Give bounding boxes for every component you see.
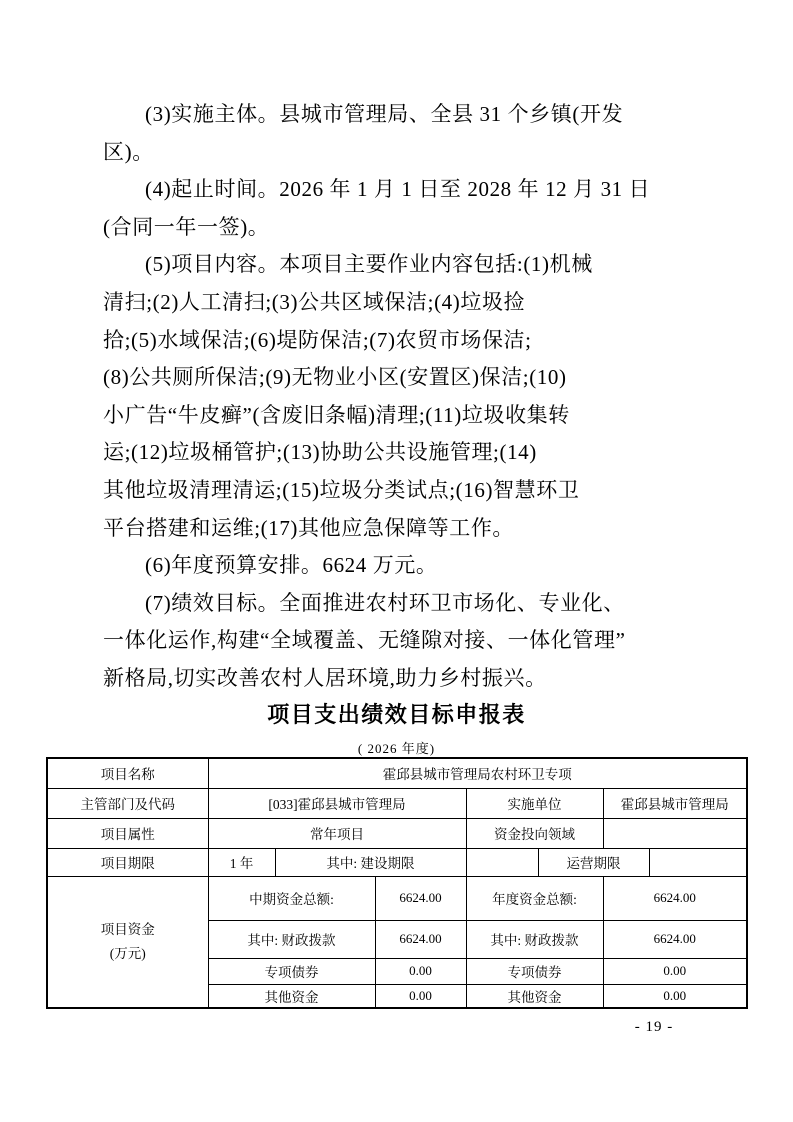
body-line: (3)实施主体。县城市管理局、全县 31 个乡镇(开发: [103, 96, 743, 134]
body-line: (8)公共厕所保洁;(9)无物业小区(安置区)保洁;(10): [103, 359, 743, 397]
report-table-year: ( 2026 年度): [0, 738, 793, 757]
project-funds-title: 项目资金: [48, 918, 208, 942]
body-line: (5)项目内容。本项目主要作业内容包括:(1)机械: [103, 246, 743, 284]
cell-construction-period-label: 其中: 建设期限: [275, 848, 466, 876]
cell-project-name-value: 霍邱县城市管理局农村环卫专项: [208, 758, 747, 788]
cell-impl-unit-value: 霍邱县城市管理局: [603, 788, 747, 818]
body-line: 一体化运作,构建“全域覆盖、无缝隙对接、一体化管理”: [103, 622, 743, 660]
page-number: - 19 -: [612, 1019, 696, 1036]
cell-duration-label: 项目期限: [47, 848, 208, 876]
body-line: 其他垃圾清理清运;(15)垃圾分类试点;(16)智慧环卫: [103, 472, 743, 510]
cell-fund-row-label: 专项债券: [208, 958, 375, 984]
cell-fund-row-value: 0.00: [603, 984, 747, 1008]
cell-fund-row-value: 0.00: [375, 984, 466, 1008]
cell-fund-direction-label: 资金投向领域: [466, 818, 603, 848]
cell-fund-row-label: 其他资金: [208, 984, 375, 1008]
cell-fund-row-label: 中期资金总额:: [208, 876, 375, 920]
table-row: 项目属性 常年项目 资金投向领域: [47, 818, 747, 848]
body-line: 拾;(5)水域保洁;(6)堤防保洁;(7)农贸市场保洁;: [103, 322, 743, 360]
cell-fund-row-value: 6624.00: [603, 876, 747, 920]
cell-fund-row-label: 专项债券: [466, 958, 603, 984]
cell-fund-row-value: 6624.00: [375, 876, 466, 920]
cell-duration-value: 1 年: [208, 848, 275, 876]
table-row: 主管部门及代码 [033]霍邱县城市管理局 实施单位 霍邱县城市管理局: [47, 788, 747, 818]
table-row: 项目名称 霍邱县城市管理局农村环卫专项: [47, 758, 747, 788]
performance-target-table: 项目名称 霍邱县城市管理局农村环卫专项 主管部门及代码 [033]霍邱县城市管理…: [46, 757, 748, 1009]
body-line: 清扫;(2)人工清扫;(3)公共区域保洁;(4)垃圾捡: [103, 284, 743, 322]
cell-attr-label: 项目属性: [47, 818, 208, 848]
body-line: (合同一年一签)。: [103, 209, 743, 247]
body-line: (4)起止时间。2026 年 1 月 1 日至 2028 年 12 月 31 日: [103, 171, 743, 209]
cell-fund-row-value: 0.00: [375, 958, 466, 984]
cell-dept-value: [033]霍邱县城市管理局: [208, 788, 466, 818]
table-row: 项目期限 1 年 其中: 建设期限 运营期限: [47, 848, 747, 876]
cell-operation-period-value: [649, 848, 747, 876]
table-row: 项目资金 (万元) 中期资金总额: 6624.00 年度资金总额: 6624.0…: [47, 876, 747, 920]
report-table-title: 项目支出绩效目标申报表: [0, 698, 793, 729]
cell-construction-period-value: [466, 848, 538, 876]
cell-fund-row-label: 其中: 财政拨款: [208, 920, 375, 958]
cell-project-funds-label: 项目资金 (万元): [47, 876, 208, 1008]
body-line: 运;(12)垃圾桶管护;(13)协助公共设施管理;(14): [103, 434, 743, 472]
cell-fund-row-value: 6624.00: [603, 920, 747, 958]
cell-dept-label: 主管部门及代码: [47, 788, 208, 818]
document-page: (3)实施主体。县城市管理局、全县 31 个乡镇(开发 区)。 (4)起止时间。…: [0, 0, 793, 1122]
cell-fund-row-label: 年度资金总额:: [466, 876, 603, 920]
body-text: (3)实施主体。县城市管理局、全县 31 个乡镇(开发 区)。 (4)起止时间。…: [103, 96, 743, 698]
cell-attr-value: 常年项目: [208, 818, 466, 848]
body-line: 新格局,切实改善农村人居环境,助力乡村振兴。: [103, 660, 743, 698]
cell-fund-direction-value: [603, 818, 747, 848]
cell-fund-row-value: 0.00: [603, 958, 747, 984]
cell-fund-row-label: 其他资金: [466, 984, 603, 1008]
cell-fund-row-label: 其中: 财政拨款: [466, 920, 603, 958]
body-line: 平台搭建和运维;(17)其他应急保障等工作。: [103, 510, 743, 548]
body-line: (7)绩效目标。全面推进农村环卫市场化、专业化、: [103, 585, 743, 623]
cell-impl-unit-label: 实施单位: [466, 788, 603, 818]
cell-fund-row-value: 6624.00: [375, 920, 466, 958]
body-line: 区)。: [103, 134, 743, 172]
body-line: (6)年度预算安排。6624 万元。: [103, 547, 743, 585]
project-funds-unit: (万元): [48, 942, 208, 966]
cell-operation-period-label: 运营期限: [538, 848, 649, 876]
cell-project-name-label: 项目名称: [47, 758, 208, 788]
body-line: 小广告“牛皮癣”(含废旧条幅)清理;(11)垃圾收集转: [103, 397, 743, 435]
